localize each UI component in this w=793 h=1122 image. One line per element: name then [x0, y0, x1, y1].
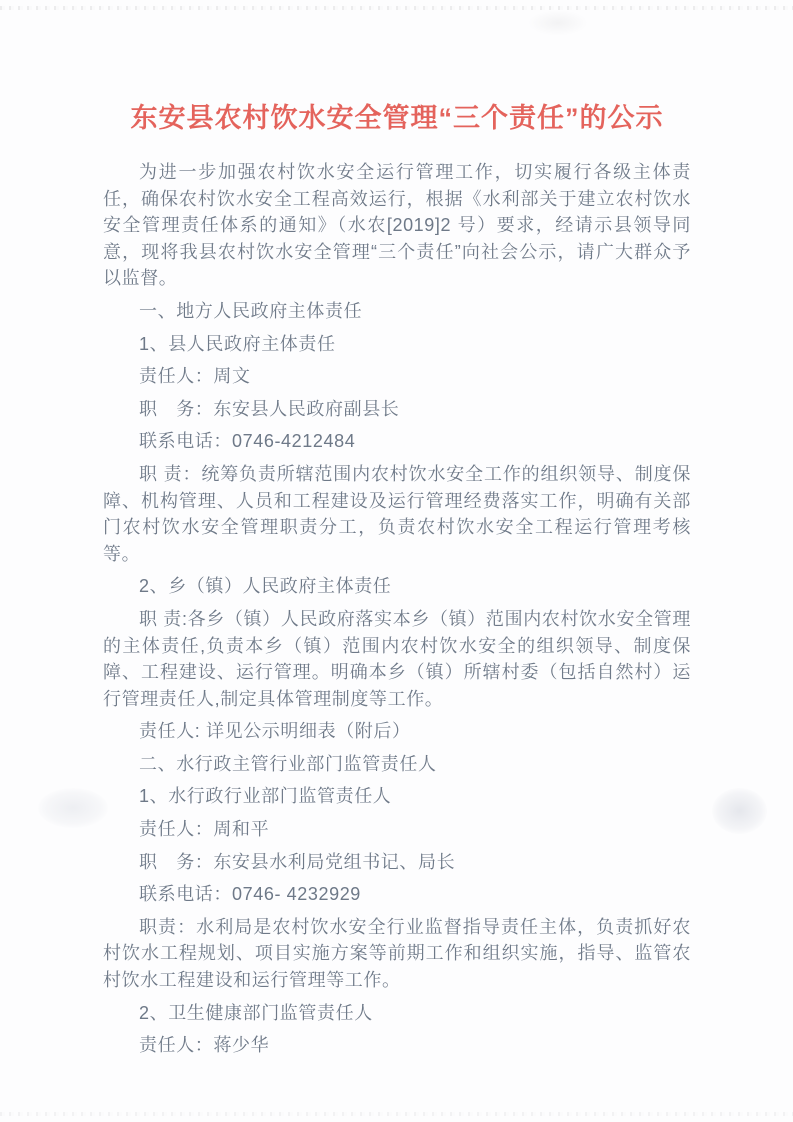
- scan-smudge-left: [38, 788, 108, 828]
- paragraph: 职 责：统筹负责所辖范围内农村饮水安全工作的组织领导、制度保障、机构管理、人员和…: [103, 461, 691, 567]
- scan-edge-artifact-top: [0, 6, 793, 10]
- paragraph: 职责：水利局是农村饮水安全行业监督指导责任主体，负责抓好农村饮水工程规划、项目实…: [103, 914, 691, 994]
- paragraph: 2、卫生健康部门监管责任人: [103, 1000, 691, 1027]
- paragraph: 1、水行政行业部门监管责任人: [103, 783, 691, 810]
- paragraph: 一、地方人民政府主体责任: [103, 298, 691, 325]
- scan-smudge-top: [528, 10, 588, 36]
- paragraph: 2、乡（镇）人民政府主体责任: [103, 573, 691, 600]
- paragraph: 责任人：周和平: [103, 816, 691, 843]
- scan-smudge-right: [712, 788, 767, 834]
- paragraph: 为进一步加强农村饮水安全运行管理工作，切实履行各级主体责任，确保农村饮水安全工程…: [103, 159, 691, 292]
- paragraph: 联系电话：0746-4212484: [103, 428, 691, 455]
- paragraph: 联系电话：0746- 4232929: [103, 881, 691, 908]
- paragraph: 1、县人民政府主体责任: [103, 331, 691, 358]
- paragraph: 责任人：周文: [103, 363, 691, 390]
- paragraph: 责任人：蒋少华: [103, 1032, 691, 1059]
- paragraph: 责任人: 详见公示明细表（附后）: [103, 718, 691, 745]
- paragraph: 二、水行政主管行业部门监管责任人: [103, 751, 691, 778]
- scan-edge-artifact-bottom: [0, 1112, 793, 1116]
- paragraph: 职 务：东安县水利局党组书记、局长: [103, 849, 691, 876]
- paragraph: 职 责:各乡（镇）人民政府落实本乡（镇）范围内农村饮水安全管理的主体责任,负责本…: [103, 606, 691, 712]
- paragraph: 职 务：东安县人民政府副县长: [103, 396, 691, 423]
- document-body: 为进一步加强农村饮水安全运行管理工作，切实履行各级主体责任，确保农村饮水安全工程…: [103, 159, 691, 1059]
- scanned-document-page: 东安县农村饮水安全管理“三个责任”的公示 为进一步加强农村饮水安全运行管理工作，…: [0, 0, 793, 1122]
- document-title: 东安县农村饮水安全管理“三个责任”的公示: [103, 96, 691, 135]
- document-area: 东安县农村饮水安全管理“三个责任”的公示 为进一步加强农村饮水安全运行管理工作，…: [103, 96, 691, 1065]
